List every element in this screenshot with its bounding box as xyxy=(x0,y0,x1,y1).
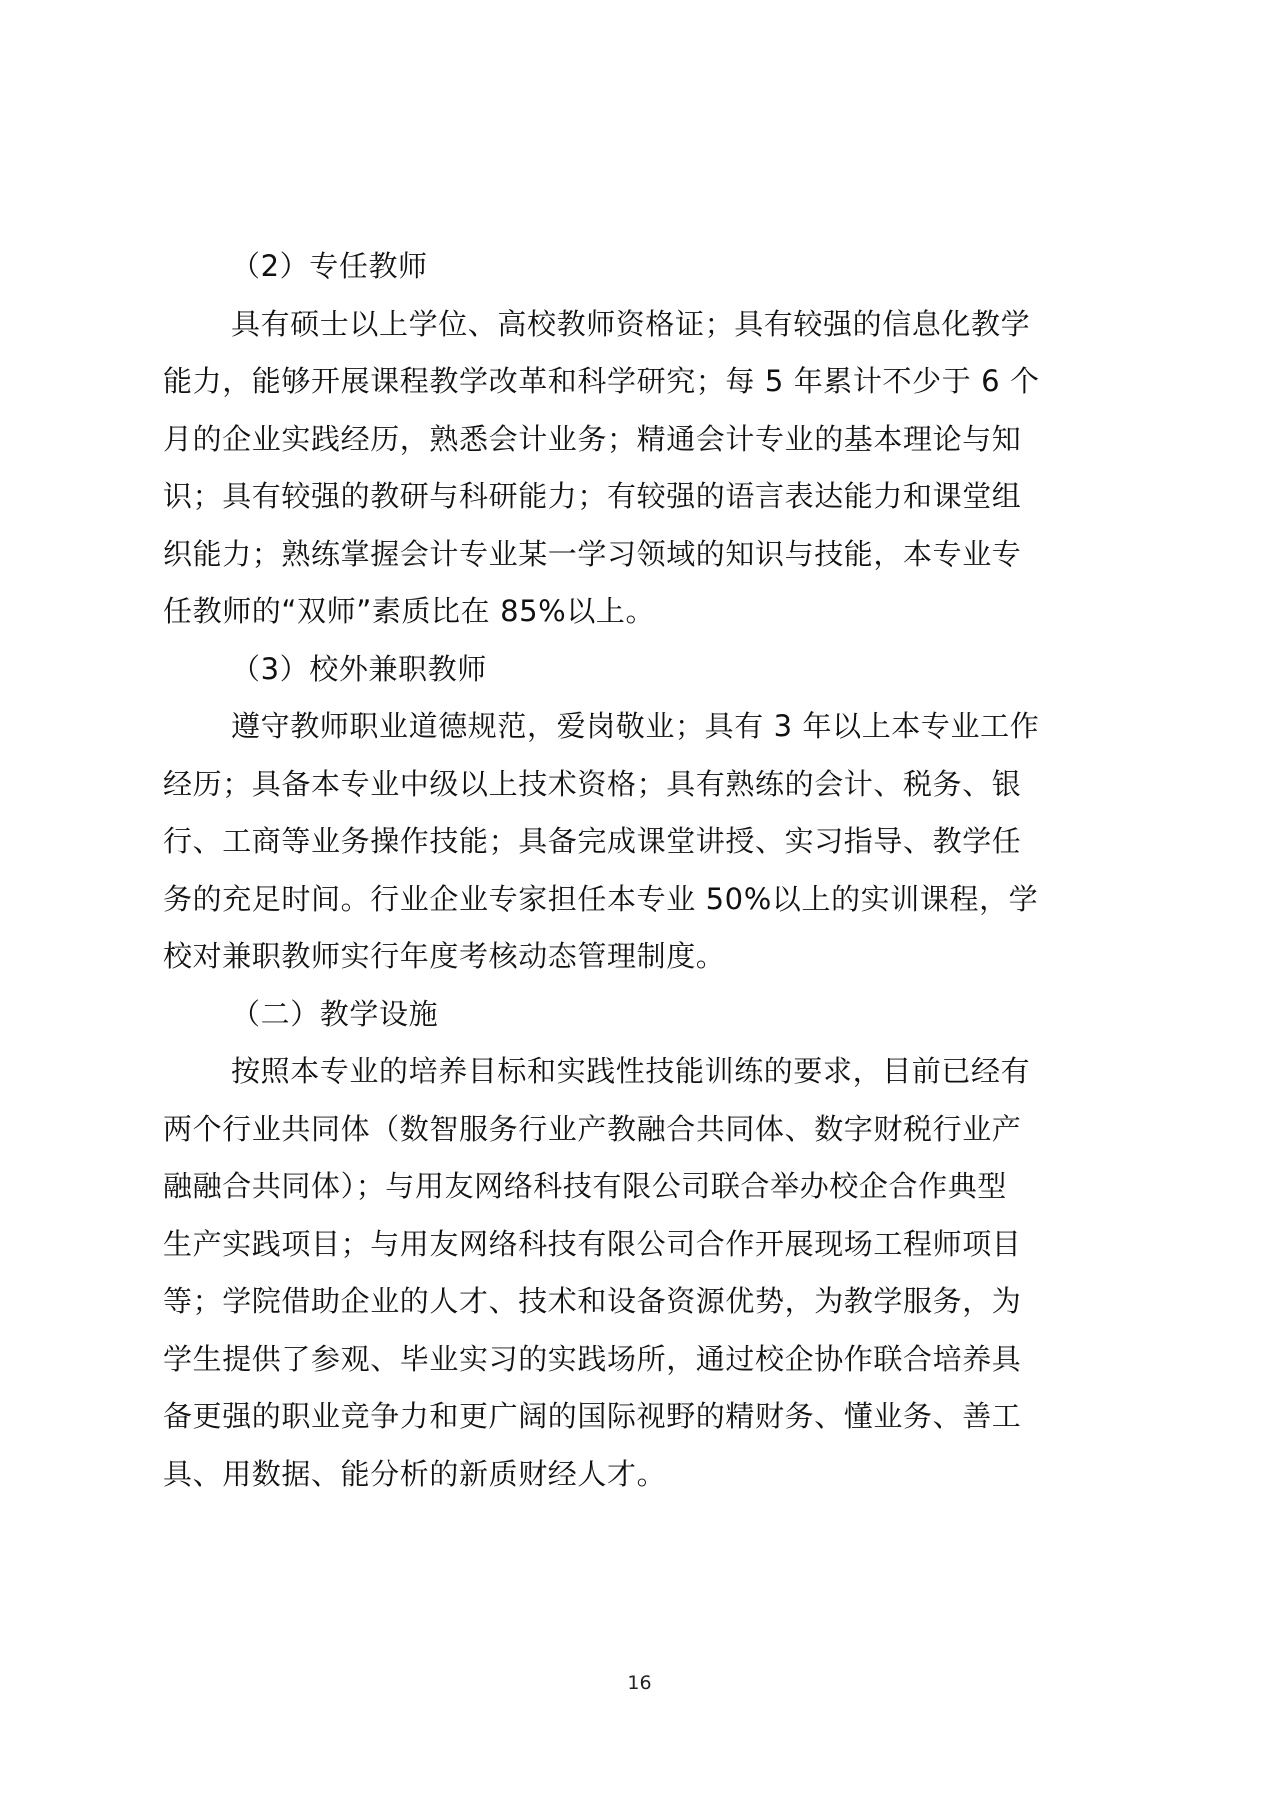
page-number: 16 xyxy=(0,1672,1279,1694)
document-page: （2）专任教师 具有硕士以上学位、高校教师资格证；具有较强的信息化教学 能力，能… xyxy=(163,238,1123,1503)
paragraph-line: 识；具有较强的教研与科研能力；有较强的语言表达能力和课堂组 xyxy=(163,468,1123,526)
paragraph-line: 两个行业共同体（数智服务行业产教融合共同体、数字财税行业产 xyxy=(163,1101,1123,1159)
section-heading-full-time-teachers: （2）专任教师 xyxy=(163,238,1123,296)
paragraph-line: 月的企业实践经历，熟悉会计业务；精通会计专业的基本理论与知 xyxy=(163,411,1123,469)
paragraph-line: 具有硕士以上学位、高校教师资格证；具有较强的信息化教学 xyxy=(163,296,1123,354)
paragraph-line: 按照本专业的培养目标和实践性技能训练的要求，目前已经有 xyxy=(163,1043,1123,1101)
paragraph-line: 能力，能够开展课程教学改革和科学研究；每 5 年累计不少于 6 个 xyxy=(163,353,1123,411)
paragraph-line: 融融合共同体）；与用友网络科技有限公司联合举办校企合作典型 xyxy=(163,1158,1123,1216)
paragraph-line: 经历；具备本专业中级以上技术资格；具有熟练的会计、税务、银 xyxy=(163,756,1123,814)
paragraph-line: 校对兼职教师实行年度考核动态管理制度。 xyxy=(163,928,1123,986)
paragraph-line: 学生提供了参观、毕业实习的实践场所，通过校企协作联合培养具 xyxy=(163,1331,1123,1389)
paragraph-line: 任教师的“双师”素质比在 85%以上。 xyxy=(163,583,1123,641)
paragraph-line: 行、工商等业务操作技能；具备完成课堂讲授、实习指导、教学任 xyxy=(163,813,1123,871)
paragraph-line: 备更强的职业竞争力和更广阔的国际视野的精财务、懂业务、善工 xyxy=(163,1388,1123,1446)
paragraph-line: 织能力；熟练掌握会计专业某一学习领域的知识与技能，本专业专 xyxy=(163,526,1123,584)
paragraph-line: 等；学院借助企业的人才、技术和设备资源优势，为教学服务，为 xyxy=(163,1273,1123,1331)
paragraph-line: 遵守教师职业道德规范，爱岗敬业；具有 3 年以上本专业工作 xyxy=(163,698,1123,756)
paragraph-line: 生产实践项目；与用友网络科技有限公司合作开展现场工程师项目 xyxy=(163,1216,1123,1274)
paragraph-line: 务的充足时间。行业企业专家担任本专业 50%以上的实训课程，学 xyxy=(163,871,1123,929)
section-heading-part-time-teachers: （3）校外兼职教师 xyxy=(163,641,1123,699)
section-heading-teaching-facilities: （二）教学设施 xyxy=(163,986,1123,1044)
paragraph-line: 具、用数据、能分析的新质财经人才。 xyxy=(163,1446,1123,1504)
